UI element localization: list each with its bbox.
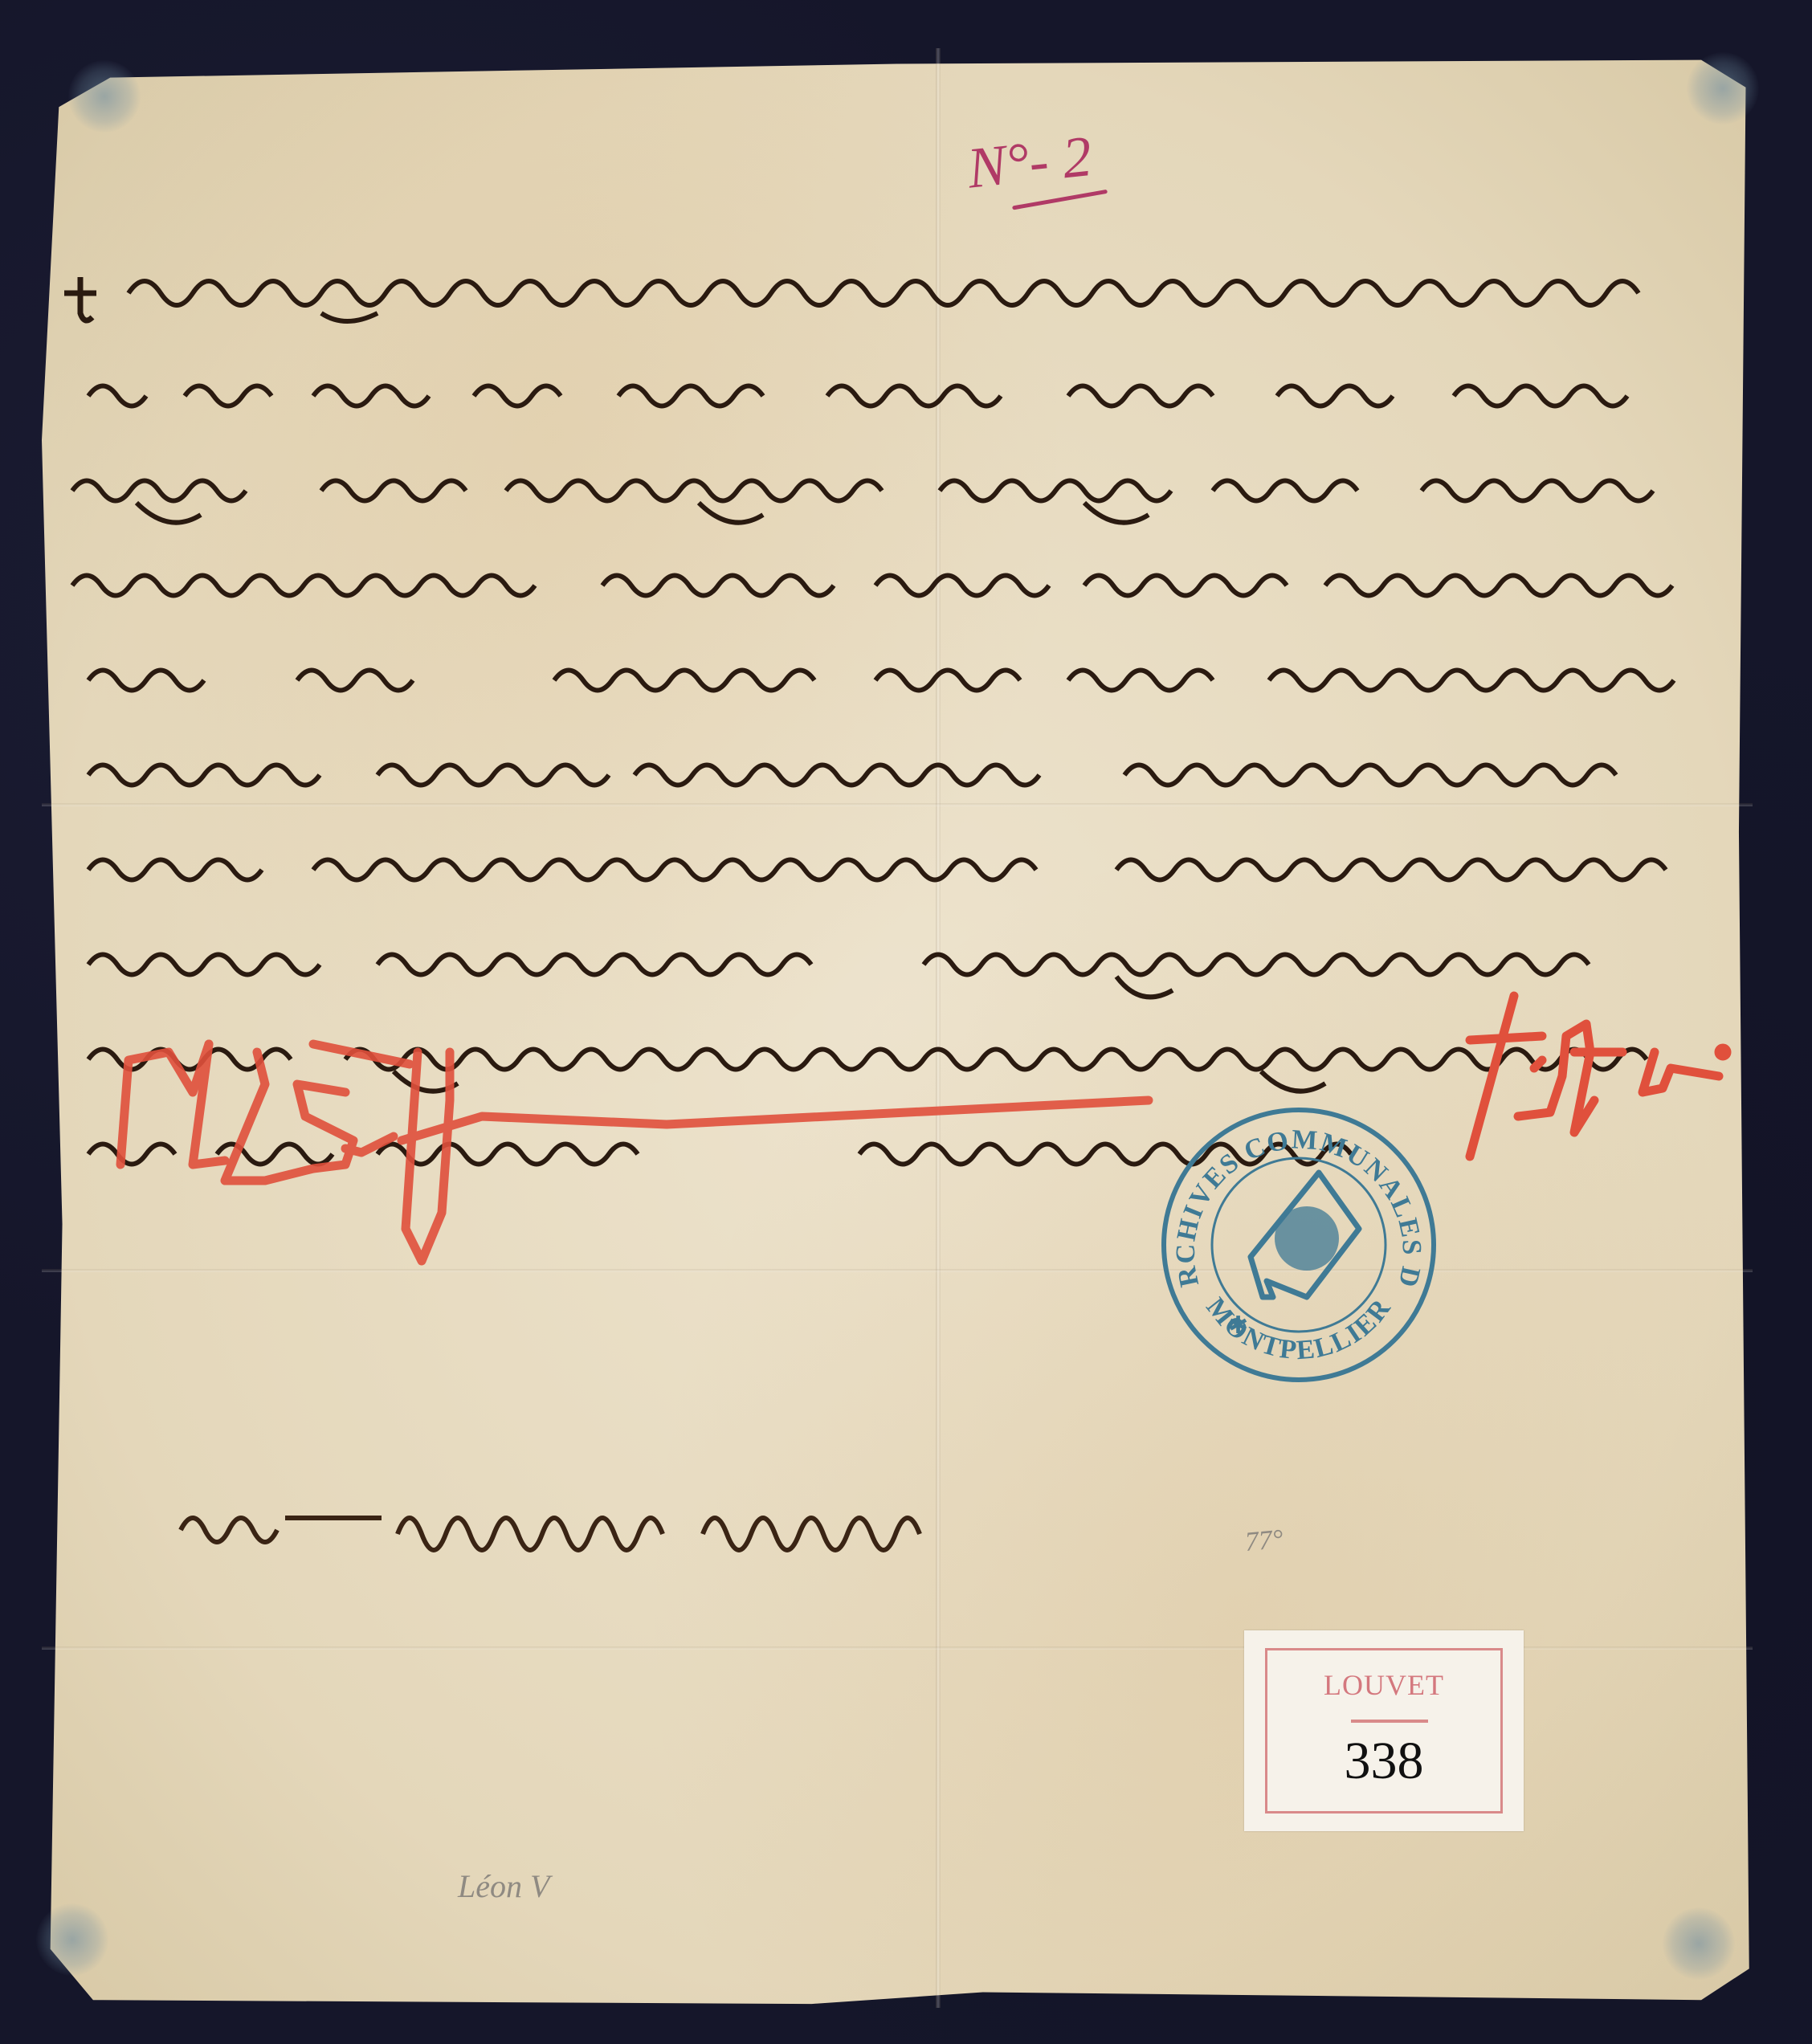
handwriting-strokes [56,553,1743,648]
script-line: line 4 [56,553,1743,648]
label-number: 338 [1267,1731,1500,1792]
reference-mark: N°- 2 [965,121,1108,210]
script-line: line 5 [56,648,1743,743]
script-line: line 6 [56,743,1743,838]
red-notarial-signature-left [104,1020,1165,1285]
label-frame: LOUVET 338 [1265,1648,1503,1813]
red-notarial-signature-right [1454,972,1743,1173]
pencil-folio-number: 77° [1243,1524,1284,1558]
archive-stamp: ARCHIVES COMMUNALES DE MONTPELLIER ✱ [1154,1100,1443,1389]
roundel-icon [1275,1206,1339,1271]
endorsement-line: dorsal endorsement line in brown ink [173,1482,976,1562]
corner-stain [36,1903,108,1976]
pencil-note-bottom: Léon V [458,1867,549,1905]
handwriting-strokes [56,364,1743,459]
handwriting-strokes [56,648,1743,743]
corner-stain [1663,1907,1735,1980]
label-divider [1351,1720,1428,1723]
reference-mark-text: N°- 2 [965,124,1095,201]
stamp-ornament-icon: ✱ [1228,1312,1248,1339]
archive-label: LOUVET 338 [1244,1630,1524,1831]
script-line: line 1 — opening with cross symbol [56,269,1743,364]
script-line: line 7 [56,838,1743,932]
label-title: LOUVET [1267,1668,1500,1702]
handwriting-strokes [56,269,1743,364]
handwriting-strokes [56,743,1743,838]
handwriting-strokes [56,838,1743,932]
corner-stain [68,60,141,133]
script-line: line 2 [56,364,1743,459]
handwriting-strokes [56,459,1743,553]
script-line: line 3 [56,459,1743,553]
corner-stain [1687,52,1759,124]
